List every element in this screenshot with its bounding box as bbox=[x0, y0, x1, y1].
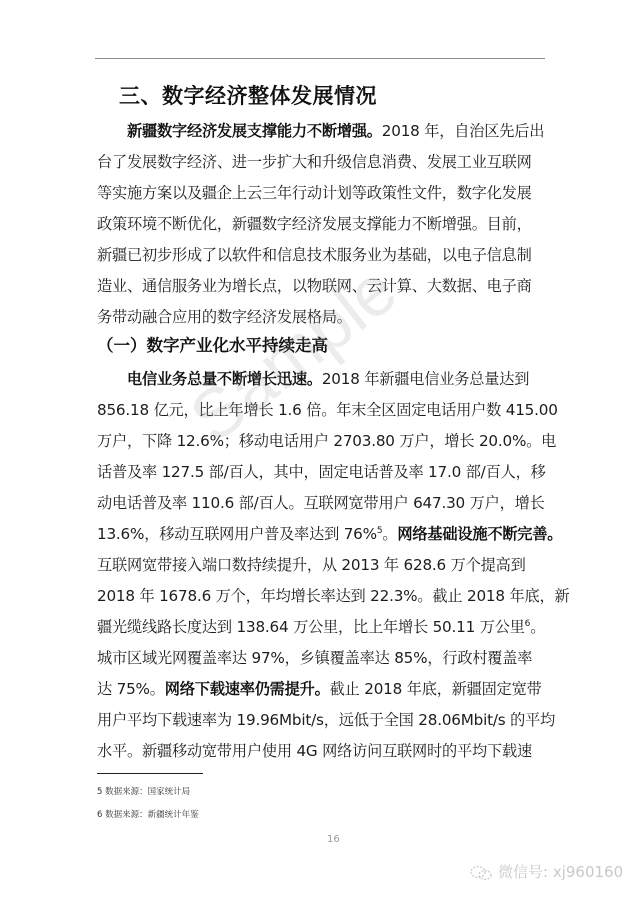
subsection-title: （一）数字产业化水平持续走高 bbox=[97, 332, 328, 356]
text-line: 互联网宽带接入端口数持续提升，从 2013 年 628.6 万个提高到 bbox=[97, 550, 549, 581]
footnote-6: 6 数据来源：新疆统计年鉴 bbox=[97, 808, 199, 820]
text-line: 新疆数字经济发展支撑能力不断增强。2018 年，自治区先后出 bbox=[97, 116, 549, 147]
text-line: 新疆已初步形成了以软件和信息技术服务业为基础，以电子信息制 bbox=[97, 240, 549, 271]
text-line: 达 75%。网络下载速率仍需提升。截止 2018 年底，新疆固定宽带 bbox=[97, 674, 549, 705]
footnote-ref[interactable]: 5 bbox=[377, 526, 383, 536]
footnote-separator bbox=[97, 773, 203, 774]
text-line: 台了发展数字经济、进一步扩大和升级信息消费、发展工业互联网 bbox=[97, 147, 549, 178]
paragraph-2: 电信业务总量不断增长迅速。2018 年新疆电信业务总量达到 856.18 亿元，… bbox=[97, 364, 549, 767]
text-line: 动电话普及率 110.6 部/百人。互联网宽带用户 647.30 万户，增长 bbox=[97, 488, 549, 519]
bold-lead: 新疆数字经济发展支撑能力不断增强。 bbox=[127, 122, 382, 140]
header-rule bbox=[95, 58, 545, 59]
text-line: 造业、通信服务业为增长点，以物联网、云计算、大数据、电子商 bbox=[97, 271, 549, 302]
bold-lead: 网络下载速率仍需提升。 bbox=[165, 680, 330, 698]
text-line: 等实施方案以及疆企上云三年行动计划等政策性文件，数字化发展 bbox=[97, 178, 549, 209]
bold-lead: 网络基础设施不断完善。 bbox=[397, 525, 562, 543]
text-line: 话普及率 127.5 部/百人，其中，固定电话普及率 17.0 部/百人，移 bbox=[97, 457, 549, 488]
wechat-icon bbox=[470, 865, 492, 881]
text-line: 万户，下降 12.6%；移动电话用户 2703.80 万户，增长 20.0%。电 bbox=[97, 426, 549, 457]
text-line: 2018 年 1678.6 万个，年均增长率达到 22.3%。截止 2018 年… bbox=[97, 581, 549, 612]
text-line: 务带动融合应用的数字经济发展格局。 bbox=[97, 302, 549, 333]
footnote-5: 5 数据来源：国家统计局 bbox=[97, 785, 190, 797]
text-line: 856.18 亿元，比上年增长 1.6 倍。年末全区固定电话用户数 415.00 bbox=[97, 395, 549, 426]
bold-lead: 电信业务总量不断增长迅速。 bbox=[127, 370, 322, 388]
text-line: 政策环境不断优化，新疆数字经济发展支撑能力不断增强。目前， bbox=[97, 209, 549, 240]
footnote-ref[interactable]: 6 bbox=[525, 619, 531, 629]
text-line: 13.6%，移动互联网用户普及率达到 76%5。网络基础设施不断完善。 bbox=[97, 519, 549, 550]
text-line: 电信业务总量不断增长迅速。2018 年新疆电信业务总量达到 bbox=[97, 364, 549, 395]
text-line: 用户平均下载速率为 19.96Mbit/s，远低于全国 28.06Mbit/s … bbox=[97, 705, 549, 736]
paragraph-1: 新疆数字经济发展支撑能力不断增强。2018 年，自治区先后出 台了发展数字经济、… bbox=[97, 116, 549, 333]
text-line: 城市区域光网覆盖率达 97%，乡镇覆盖率达 85%，行政村覆盖率 bbox=[97, 643, 549, 674]
text-line: 疆光缆线路长度达到 138.64 万公里，比上年增长 50.11 万公里6。 bbox=[97, 612, 549, 643]
section-title: 三、数字经济整体发展情况 bbox=[119, 80, 377, 110]
page-number: 16 bbox=[327, 834, 340, 845]
wechat-watermark: 微信号: xj960160 bbox=[470, 861, 623, 882]
text-line: 水平。新疆移动宽带用户使用 4G 网络访问互联网时的平均下载速 bbox=[97, 736, 549, 767]
